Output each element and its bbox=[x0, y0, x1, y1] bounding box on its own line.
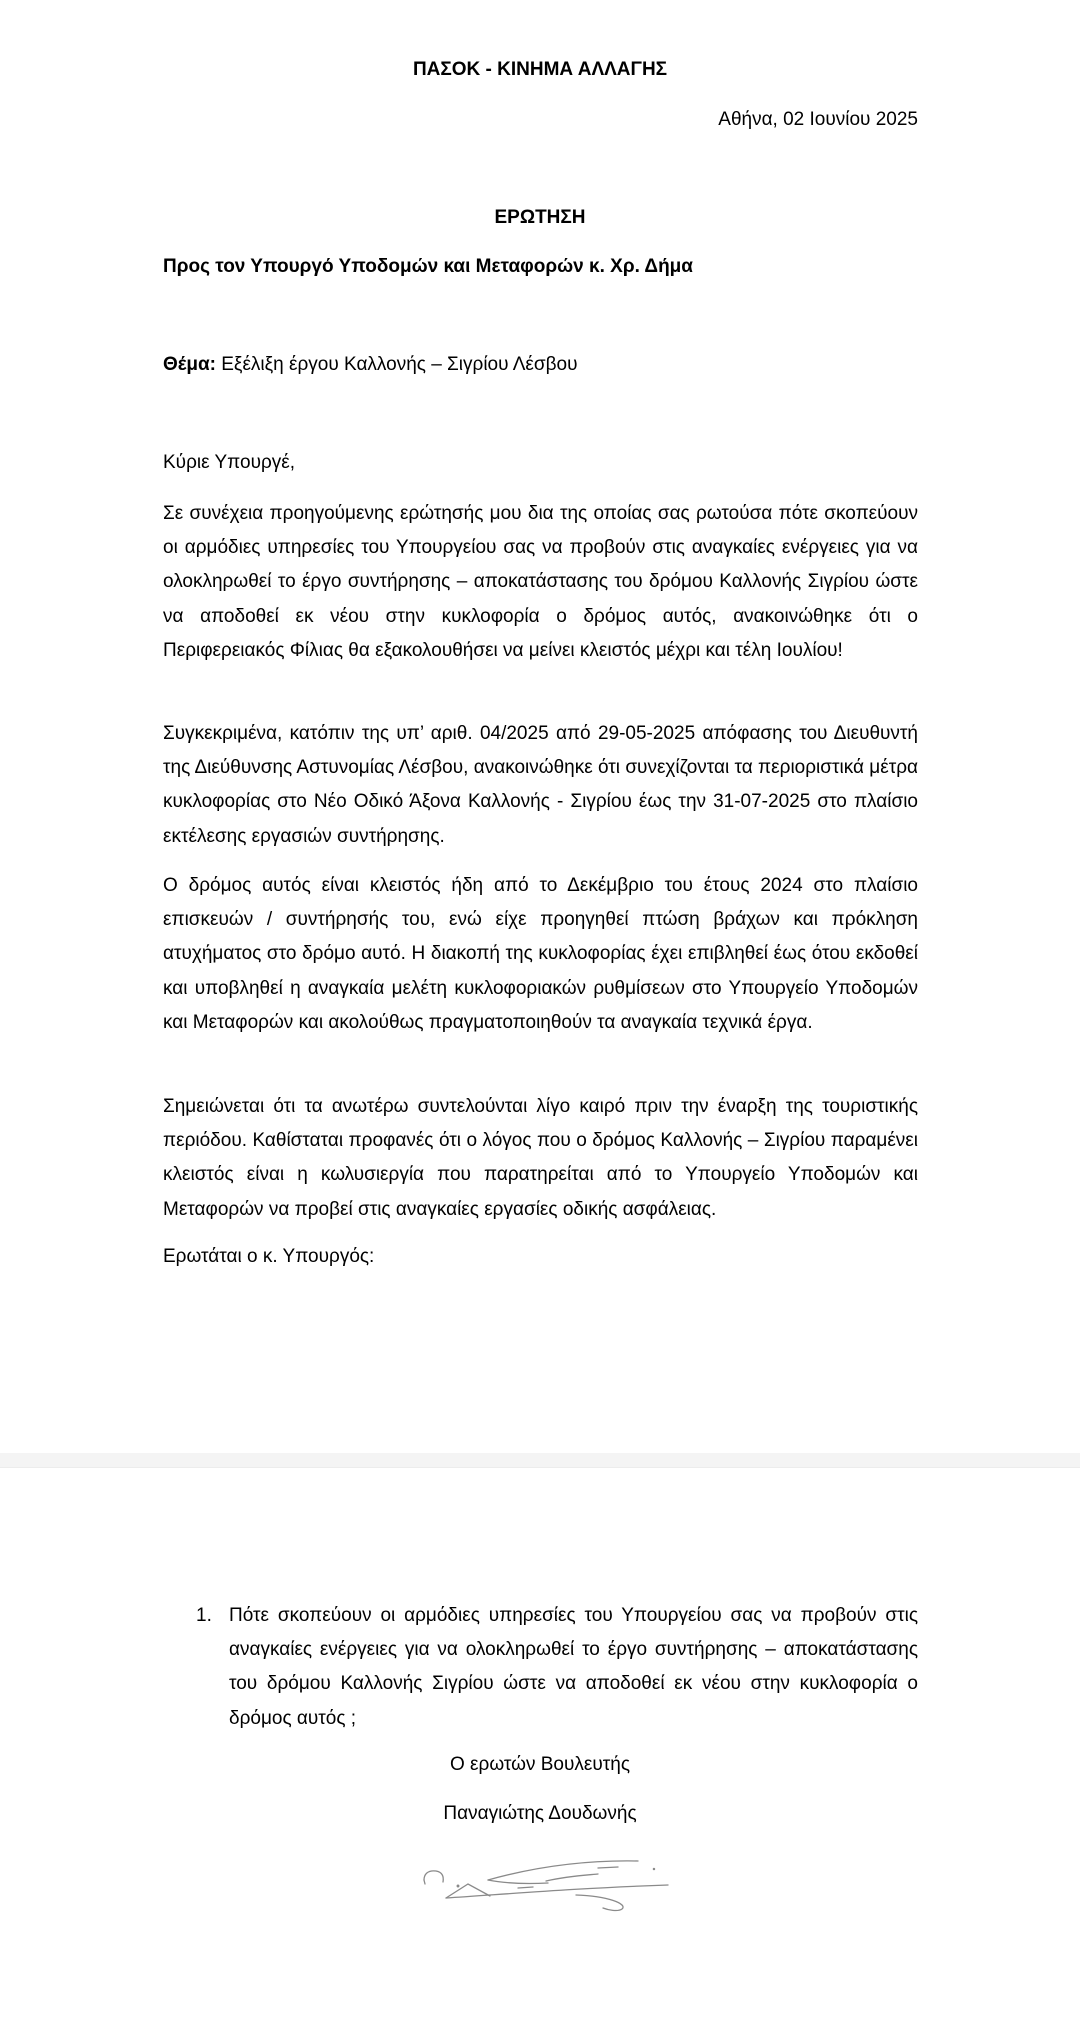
question-text: Πότε σκοπεύουν οι αρμόδιες υπηρεσίες του… bbox=[229, 1605, 918, 1729]
subject-line: Θέμα: Εξέλιξη έργου Καλλονής – Σιγρίου Λ… bbox=[163, 354, 578, 376]
subject-label: Θέμα: bbox=[163, 354, 216, 375]
question-intro: Ερωτάται ο κ. Υπουργός: bbox=[163, 1246, 374, 1268]
body-paragraph: Σημειώνεται ότι τα ανωτέρω συντελούνται … bbox=[163, 1090, 918, 1227]
body-paragraph: Ο δρόμος αυτός είναι κλειστός ήδη από το… bbox=[163, 869, 918, 1040]
document-page-1: ΠΑΣΟΚ - ΚΙΝΗΜΑ ΑΛΛΑΓΗΣ Αθήνα, 02 Ιουνίου… bbox=[0, 0, 1080, 1453]
questions-list: 1. Πότε σκοπεύουν οι αρμόδιες υπηρεσίες … bbox=[163, 1599, 918, 1736]
subject-text: Εξέλιξη έργου Καλλονής – Σιγρίου Λέσβου bbox=[216, 354, 578, 375]
greeting: Κύριε Υπουργέ, bbox=[163, 452, 295, 474]
body-paragraph: Σε συνέχεια προηγούμενης ερώτησής μου δι… bbox=[163, 497, 918, 668]
place-date: Αθήνα, 02 Ιουνίου 2025 bbox=[718, 109, 918, 131]
page-separator bbox=[0, 1453, 1080, 1468]
organization-header: ΠΑΣΟΚ - ΚΙΝΗΜΑ ΑΛΛΑΓΗΣ bbox=[0, 59, 1080, 81]
body-paragraph: Συγκεκριμένα, κατόπιν της υπ’ αριθ. 04/2… bbox=[163, 717, 918, 854]
recipient-line: Προς τον Υπουργό Υποδομών και Μεταφορών … bbox=[163, 256, 693, 278]
signature-title: Ο ερωτών Βουλευτής bbox=[0, 1754, 1080, 1776]
question-number: 1. bbox=[196, 1599, 212, 1633]
document-page-2: 1. Πότε σκοπεύουν οι αρμόδιες υπηρεσίες … bbox=[0, 1468, 1080, 2019]
question-item: 1. Πότε σκοπεύουν οι αρμόδιες υπηρεσίες … bbox=[163, 1599, 918, 1736]
document-type-title: ΕΡΩΤΗΣΗ bbox=[0, 207, 1080, 229]
signature-icon bbox=[418, 1854, 688, 1914]
signature-name: Παναγιώτης Δουδωνής bbox=[0, 1803, 1080, 1825]
